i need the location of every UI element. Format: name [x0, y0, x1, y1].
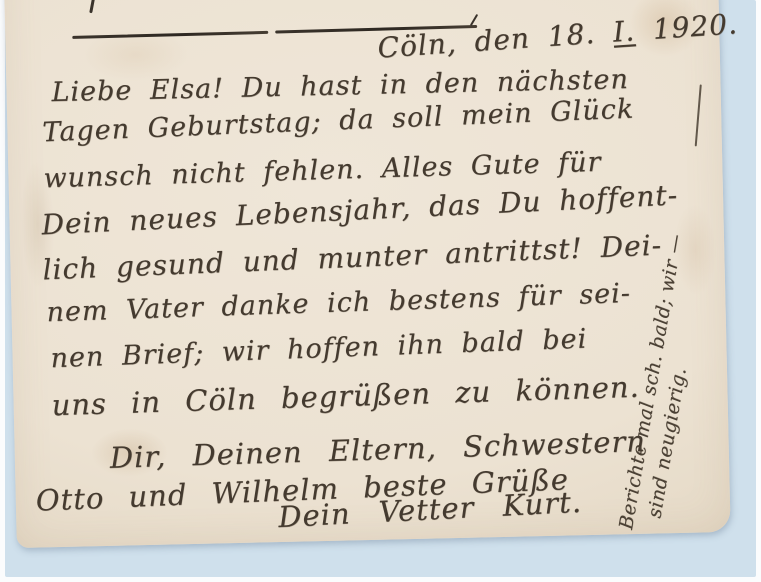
- handwriting-line-6: nem Vater danke ich bestens für sei-: [46, 278, 631, 328]
- handwriting-line-7: nen Brief; wir hoffen ihn bald bei: [50, 324, 588, 375]
- handwriting-line-5: lich gesund und munter antrittst! Dei-: [42, 229, 663, 287]
- postcard: Cöln, den 18. I. 1920. Liebe Elsa! Du ha…: [3, 0, 730, 548]
- dateline-year: 1920.: [652, 7, 739, 46]
- scan-page: Cöln, den 18. I. 1920. Liebe Elsa! Du ha…: [0, 0, 761, 582]
- ruled-line-left: [72, 31, 268, 39]
- dateline-prefix: Cöln, den 18.: [377, 17, 597, 65]
- dateline-roman-numeral: I.: [612, 14, 636, 48]
- handwriting-line-8: uns in Cöln begrüßen zu können.: [51, 370, 640, 422]
- dateline: Cöln, den 18. I. 1920.: [377, 7, 739, 64]
- cutoff-stroke-left: [89, 0, 95, 13]
